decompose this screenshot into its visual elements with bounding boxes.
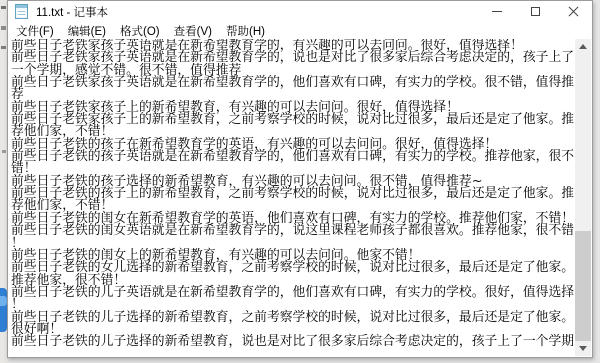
desktop-text-fragment: [1, 6, 6, 9]
notepad-icon: [15, 4, 28, 19]
desktop-background-strip: [0, 0, 7, 363]
maximize-button[interactable]: [516, 1, 554, 22]
minimize-icon: [492, 11, 502, 12]
desktop-text-fragment: [1, 26, 6, 30]
desktop-text-fragment: [2, 150, 6, 153]
scroll-down-button[interactable]: [575, 341, 591, 356]
minimize-button[interactable]: [478, 1, 516, 22]
window-controls: [478, 1, 592, 22]
title-bar[interactable]: 11.txt - 记事本: [8, 1, 592, 22]
scroll-up-button[interactable]: [575, 39, 591, 54]
desktop-text-fragment: [1, 46, 6, 49]
menu-item-edit[interactable]: 编辑(E): [61, 22, 113, 39]
menu-item-view[interactable]: 查看(V): [167, 22, 219, 39]
vertical-scrollbar[interactable]: [575, 39, 591, 356]
menu-item-file[interactable]: 文件(F): [9, 22, 61, 39]
maximize-icon: [531, 7, 540, 16]
arrow-down-icon: [579, 346, 587, 351]
window-title: 11.txt - 记事本: [36, 4, 108, 20]
desktop-app-icon-fragment: [0, 288, 7, 332]
menu-bar: 文件(F) 编辑(E) 格式(O) 查看(V) 帮助(H): [9, 22, 591, 40]
desktop: 11.txt - 记事本 文件(F) 编辑(E) 格式(O) 查看(V) 帮助(…: [0, 0, 600, 363]
close-icon: [568, 6, 579, 17]
editor-text: 前些日子老铁家孩子英语就是在新希望教育学的，有兴趣的可以去问问。很好，值得选择！…: [9, 39, 577, 349]
menu-item-help[interactable]: 帮助(H): [219, 22, 272, 39]
close-button[interactable]: [554, 1, 592, 22]
notepad-window: 11.txt - 记事本 文件(F) 编辑(E) 格式(O) 查看(V) 帮助(…: [7, 0, 593, 358]
scrollbar-thumb[interactable]: [575, 231, 591, 344]
text-editor[interactable]: 前些日子老铁家孩子英语就是在新希望教育学的，有兴趣的可以去问问。很好，值得选择！…: [9, 39, 577, 356]
menu-item-format[interactable]: 格式(O): [113, 22, 167, 39]
arrow-up-icon: [579, 44, 587, 49]
